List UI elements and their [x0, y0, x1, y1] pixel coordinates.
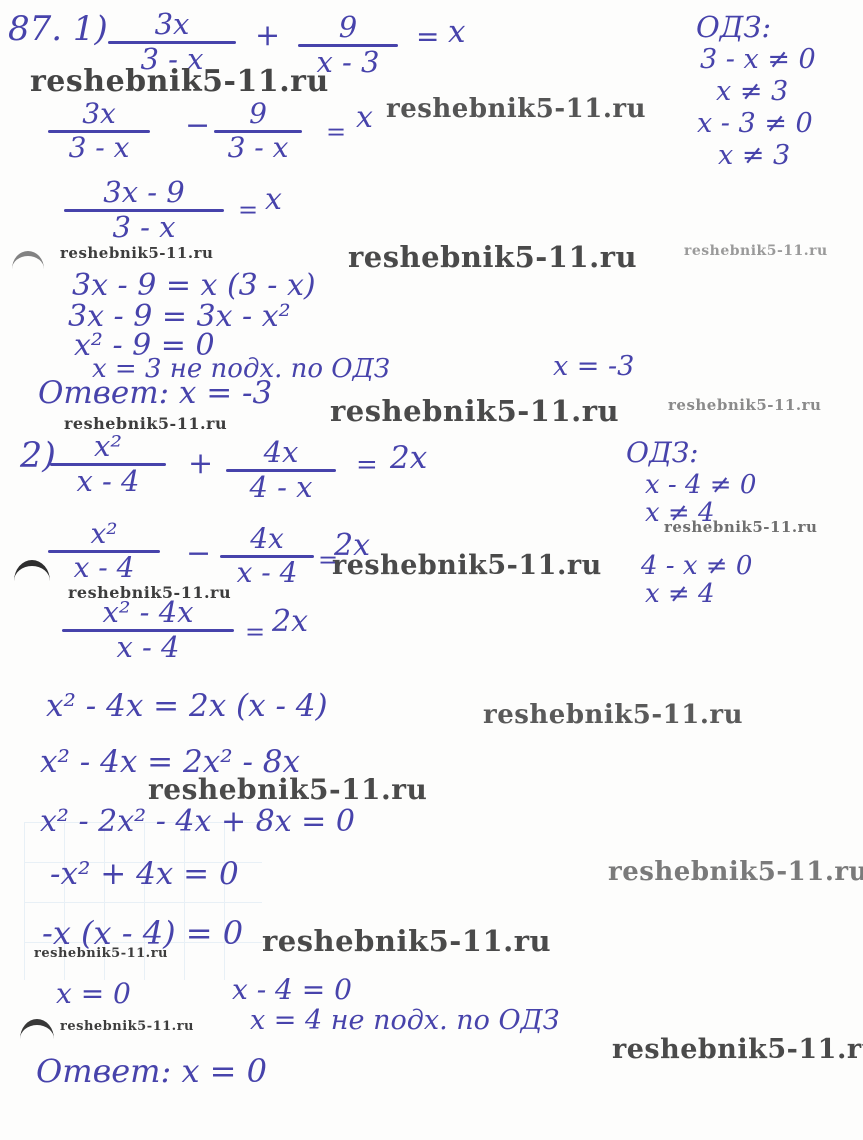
denominator: x - 4: [68, 554, 141, 582]
watermark: reshebnik5-11.ru: [60, 1019, 194, 1034]
watermark: reshebnik5-11.ru: [148, 773, 427, 806]
p2-odz-line: x ≠ 4: [645, 581, 715, 608]
p1-step3-fraction: 3x - 9 3 - x: [64, 178, 224, 242]
p2-step3-fraction: x² - 4x x - 4: [62, 598, 234, 662]
rhs: x: [448, 16, 465, 49]
numerator: 9: [243, 100, 273, 128]
watermark: reshebnik5-11.ru: [612, 1034, 863, 1065]
numerator: x²: [88, 432, 128, 461]
watermark: reshebnik5-11.ru: [64, 414, 227, 433]
p2-step6: x² - 2x² - 4x + 8x = 0: [40, 806, 355, 838]
denominator: x - 4: [231, 559, 304, 587]
minus-sign: −: [185, 110, 210, 142]
rhs: x: [356, 102, 373, 134]
equals-sign: =: [356, 452, 378, 479]
equals-sign: =: [326, 120, 346, 145]
denominator: x - 4: [70, 467, 145, 496]
denominator: 4 - x: [243, 473, 318, 502]
watermark: reshebnik5-11.ru: [664, 518, 817, 536]
equals-sign: =: [245, 620, 265, 645]
p1-odz-line: x ≠ 3: [718, 142, 790, 170]
denominator: 3 - x: [63, 134, 136, 162]
p2-odz-line: 4 - x ≠ 0: [641, 553, 752, 580]
p1-step2-fraction2: 9 3 - x: [214, 100, 302, 162]
p1-odz-line: x - 3 ≠ 0: [697, 110, 813, 138]
watermark: reshebnik5-11.ru: [30, 64, 329, 99]
p2-step9a: x = 0: [56, 979, 131, 1008]
p1-odz-line: 3 - x ≠ 0: [700, 46, 816, 74]
numerator: 4x: [258, 438, 305, 467]
watermark: reshebnik5-11.ru: [483, 700, 743, 730]
equals-sign: =: [238, 198, 258, 223]
p2-step2-fraction1: x² x - 4: [48, 520, 160, 582]
watermark: reshebnik5-11.ru: [332, 550, 602, 581]
watermark: reshebnik5-11.ru: [348, 240, 637, 274]
scan-artifact-arc: [20, 1019, 54, 1039]
p1-odz-line: x ≠ 3: [716, 78, 788, 106]
watermark: reshebnik5-11.ru: [386, 94, 646, 124]
p2-step10: x = 4 не подх. по ОДЗ: [250, 1007, 559, 1035]
equals-sign: =: [416, 22, 439, 51]
watermark: reshebnik5-11.ru: [330, 394, 619, 428]
numerator: 4x: [244, 525, 290, 553]
numerator: 9: [333, 13, 363, 42]
p2-step4: x² - 4x = 2x (x - 4): [46, 690, 328, 723]
scan-artifact-arc: [14, 560, 50, 581]
p2-odz-line: x - 4 ≠ 0: [645, 472, 756, 499]
watermark: reshebnik5-11.ru: [68, 583, 231, 602]
scanned-worksheet-page: 87. 1) 3x 3 - x + 9 x - 3 = x 3x 3 - x −…: [0, 0, 863, 1140]
numerator: 3x: [76, 100, 122, 128]
watermark: reshebnik5-11.ru: [262, 924, 551, 958]
p2-step2-fraction2: 4x x - 4: [220, 525, 314, 587]
p1-odz-title: ОДЗ:: [696, 12, 771, 42]
problem-number: 87. 1): [8, 12, 108, 48]
watermark: reshebnik5-11.ru: [60, 244, 213, 262]
numerator: 3x: [149, 10, 196, 39]
minus-sign: −: [186, 538, 211, 570]
denominator: x - 4: [110, 633, 185, 662]
denominator: 3 - x: [106, 213, 181, 242]
rhs: x: [265, 184, 282, 216]
rhs: 2x: [272, 606, 308, 638]
p1-step7-root: x = -3: [553, 353, 634, 381]
p1-answer: Ответ: x = -3: [38, 377, 272, 410]
rhs: 2x: [390, 442, 427, 475]
p2-step9b: x - 4 = 0: [232, 975, 352, 1004]
plus-sign: +: [188, 448, 213, 480]
numerator: x² - 4x: [96, 598, 199, 627]
watermark: reshebnik5-11.ru: [34, 946, 168, 961]
watermark: reshebnik5-11.ru: [668, 396, 821, 414]
plus-sign: +: [255, 20, 280, 52]
watermark: reshebnik5-11.ru: [608, 857, 863, 887]
p2-step7: -x² + 4x = 0: [50, 858, 239, 891]
p1-step2-fraction1: 3x 3 - x: [48, 100, 150, 162]
numerator: x²: [84, 520, 123, 548]
p1-step4: 3x - 9 = x (3 - x): [72, 270, 316, 302]
scan-artifact-arc: [12, 251, 44, 269]
watermark: reshebnik5-11.ru: [684, 243, 828, 259]
numerator: 3x - 9: [97, 178, 191, 207]
p2-odz-title: ОДЗ:: [626, 438, 699, 467]
p2-answer: Ответ: x = 0: [36, 1055, 267, 1089]
denominator: 3 - x: [222, 134, 295, 162]
p2-step1-fraction2: 4x 4 - x: [226, 438, 336, 502]
p2-step1-fraction1: x² x - 4: [50, 432, 166, 496]
